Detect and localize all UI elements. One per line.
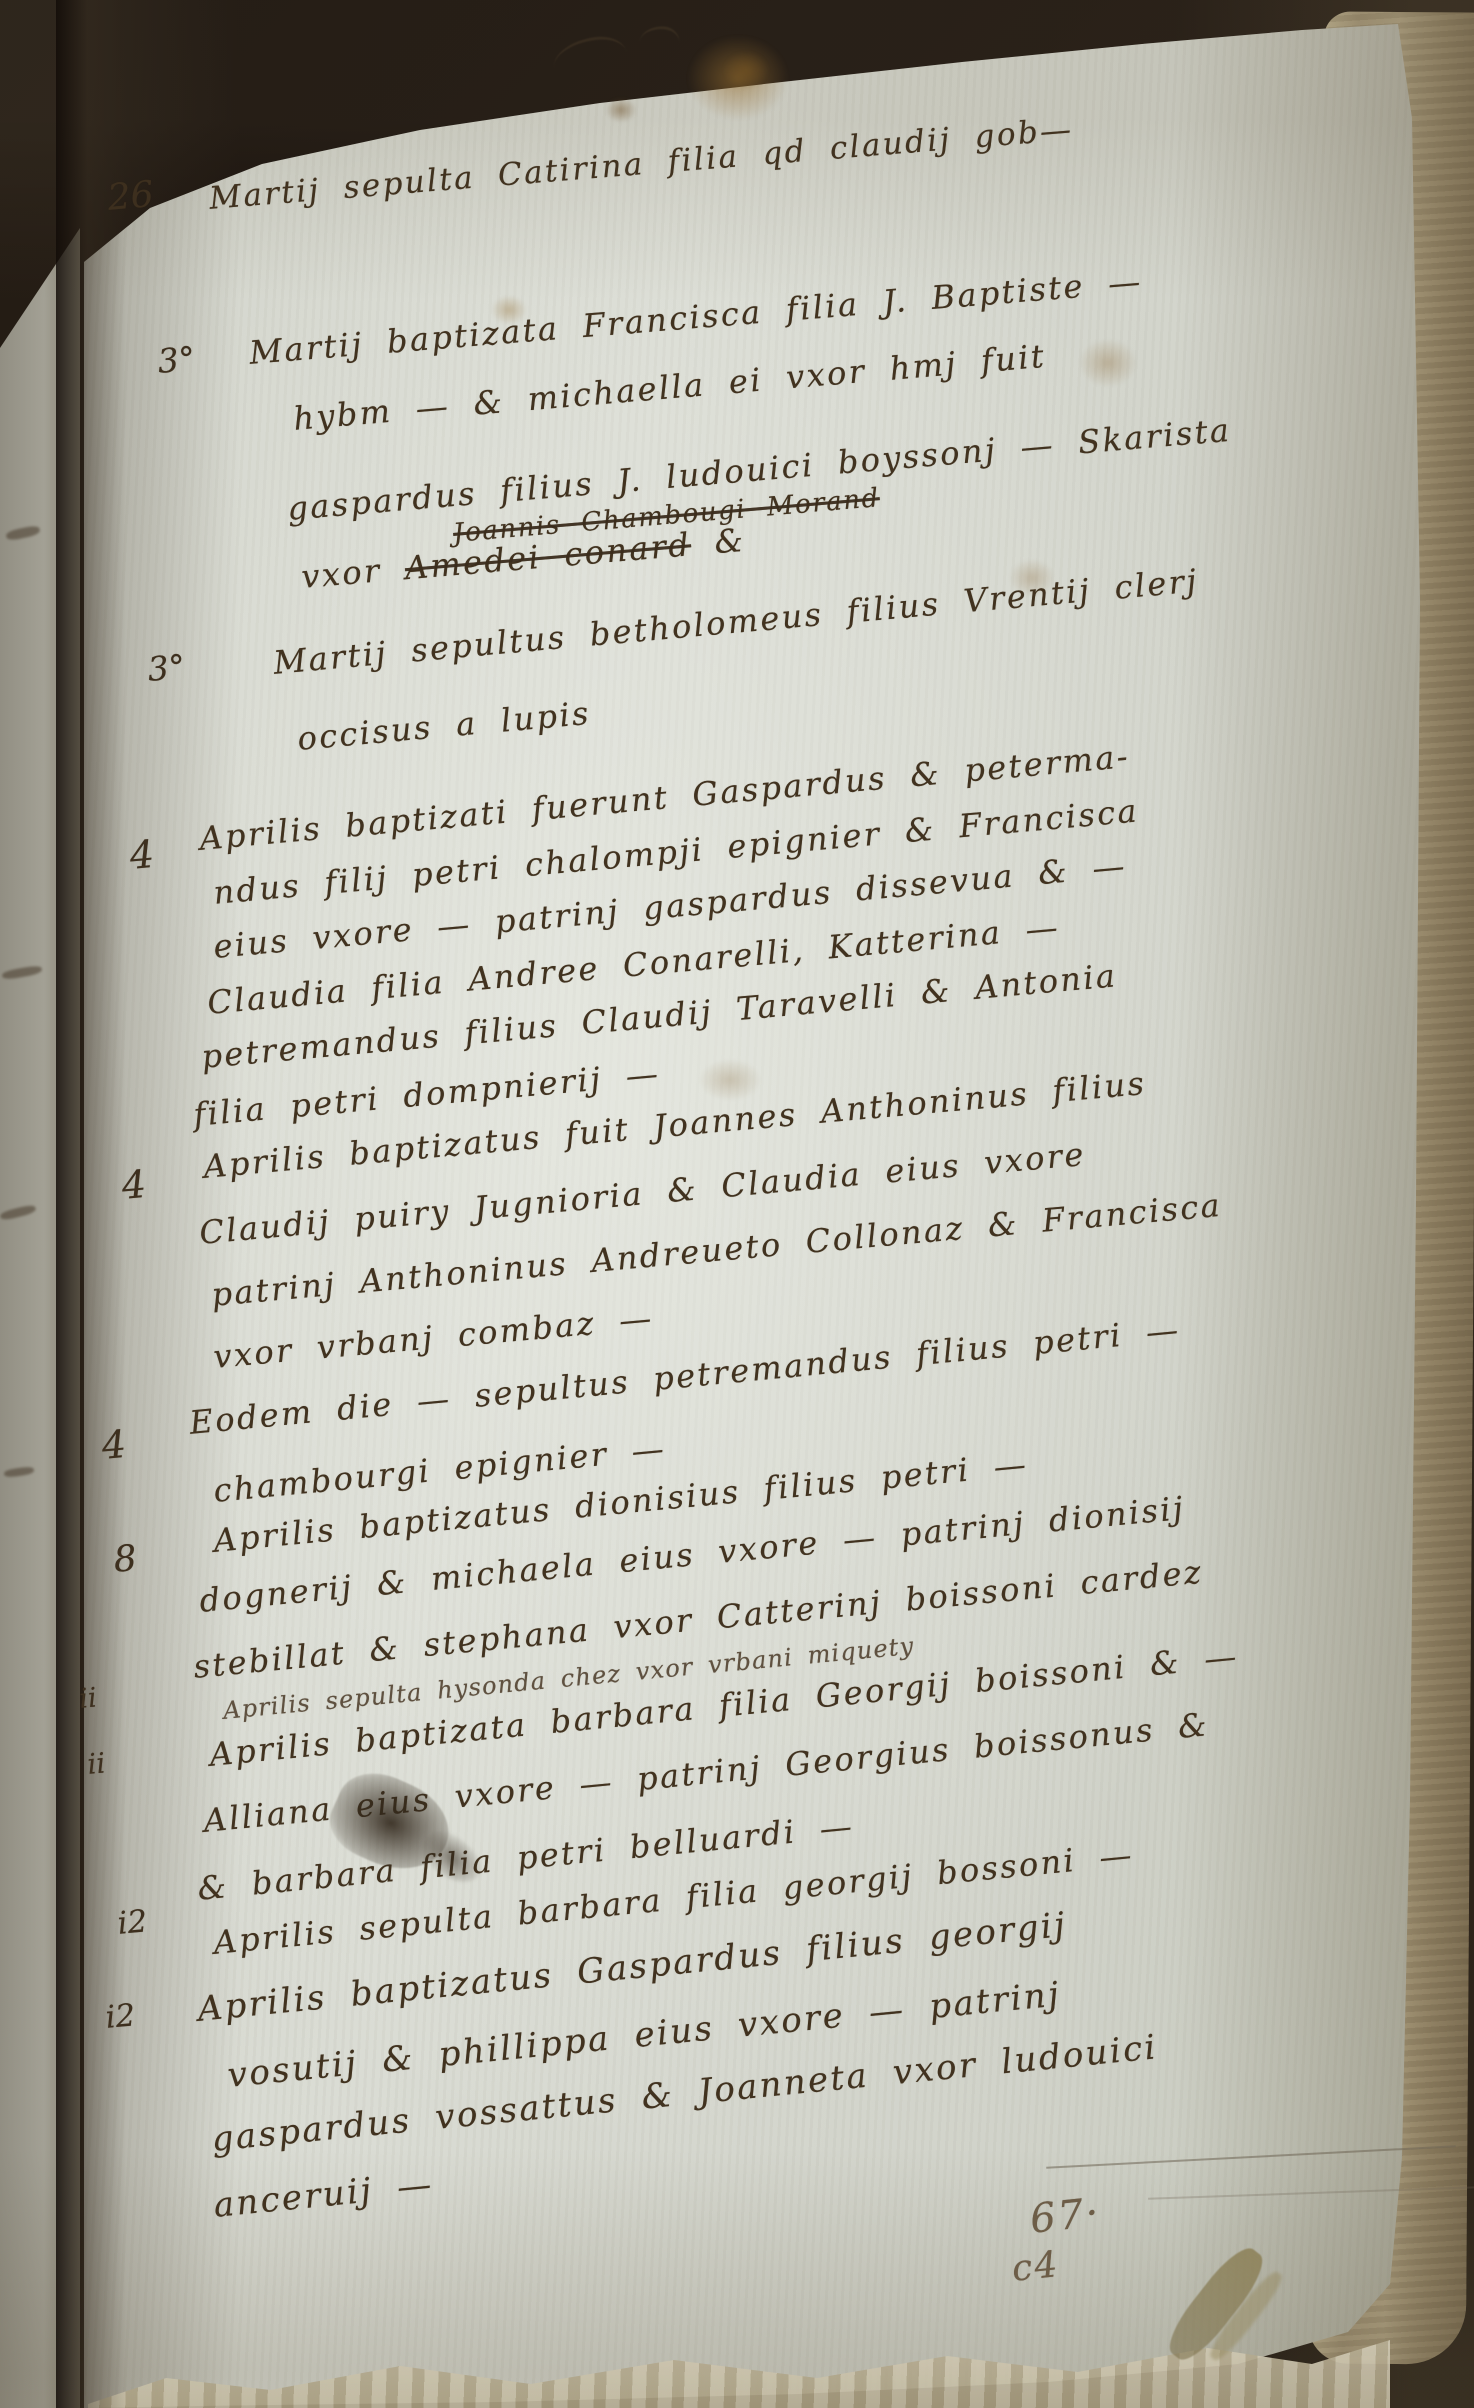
ink-stain: [606, 98, 636, 122]
ink-stain: [700, 1060, 760, 1100]
entry-day-number: 4: [100, 1422, 128, 1468]
showthrough-mark: [2, 965, 43, 981]
binding-gutter-shadow: [56, 0, 126, 2408]
folio-mark-lower: c4: [1010, 2245, 1062, 2289]
entry-day-number: ii: [86, 1746, 107, 1780]
pen-scribble: [551, 33, 628, 68]
folio-mark-upper: 67·: [1028, 2191, 1103, 2242]
entry-day-number: 3°: [146, 647, 187, 689]
manuscript-photo: 26 Martij sepulta Catirina filia qd clau…: [0, 0, 1474, 2408]
showthrough-mark: [0, 1204, 37, 1221]
entry-day-number: 4: [120, 1162, 148, 1208]
entry-day-number: i2: [104, 1997, 137, 2035]
entry-line-suffix: &: [689, 521, 746, 563]
entry-day-number: i2: [116, 1903, 149, 1941]
ink-stain: [1080, 340, 1136, 386]
entry-day-number: ii: [78, 1682, 98, 1714]
entry-day-number: 4: [128, 832, 156, 878]
entry-day-number: 3°: [156, 339, 197, 381]
entry-day-number: 26: [106, 174, 155, 219]
pen-scribble: [639, 24, 681, 47]
ink-stain: [724, 52, 768, 88]
entry-day-number: 8: [112, 1538, 138, 1581]
showthrough-mark: [4, 1466, 35, 1478]
showthrough-mark: [5, 525, 40, 542]
